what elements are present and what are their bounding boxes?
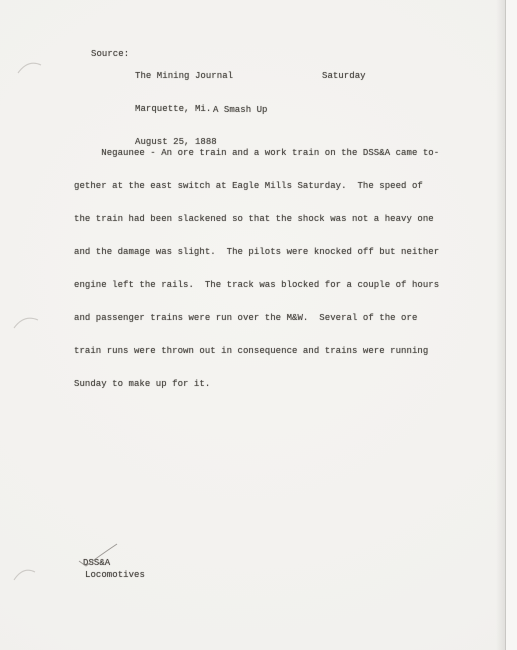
article-line: Negaunee - An ore train and a work train… (74, 148, 439, 159)
pencil-arc-mark (14, 318, 38, 328)
scan-background-strip (506, 0, 517, 650)
article-line: engine left the rails. The track was blo… (74, 280, 439, 291)
article-paragraph: Negaunee - An ore train and a work train… (74, 126, 439, 412)
paper-right-edge-shadow (496, 0, 505, 650)
weekday-label: Saturday (322, 71, 366, 82)
article-title: A Smash Up (213, 105, 268, 116)
footer-note-railroad: DSS&A (83, 558, 110, 569)
article-line: train runs were thrown out in consequenc… (74, 346, 439, 357)
footer-note-category: Locomotives (85, 570, 145, 581)
article-line: and the damage was slight. The pilots we… (74, 247, 439, 258)
article-line: Sunday to make up for it. (74, 379, 439, 390)
publication-name: The Mining Journal (135, 71, 233, 82)
pencil-arc-mark (14, 570, 35, 580)
article-line: gether at the east switch at Eagle Mills… (74, 181, 439, 192)
article-line: the train had been slackened so that the… (74, 214, 439, 225)
source-label: Source: (91, 49, 129, 60)
pencil-arc-mark (18, 63, 41, 73)
scanned-page: Source: The Mining Journal Marquette, Mi… (0, 0, 517, 650)
article-line: and passenger trains were run over the M… (74, 313, 439, 324)
